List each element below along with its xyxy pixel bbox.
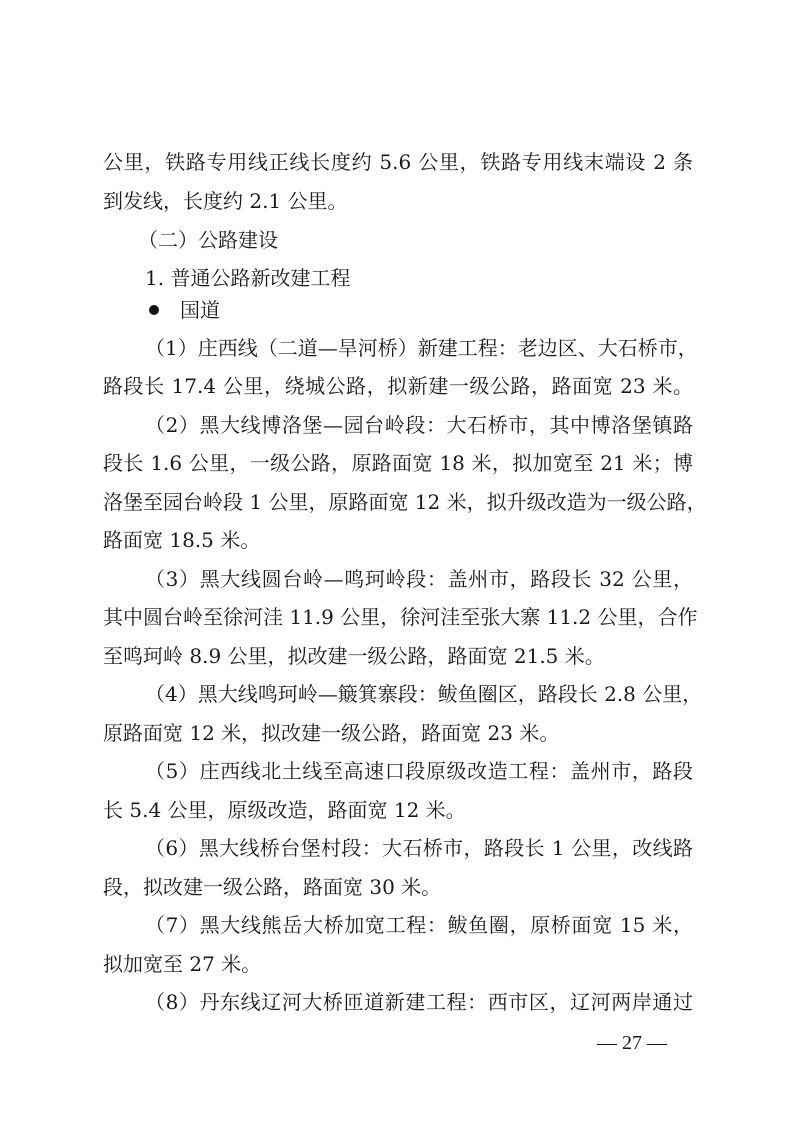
list-item-line: （8）丹东线辽河大桥匝道新建工程：西市区，辽河两岸通过 bbox=[145, 987, 693, 1017]
list-item-line: （1）庄西线（二道—旱河桥）新建工程：老边区、大石桥市， bbox=[145, 333, 693, 363]
list-item-line: 洛堡至园台岭段 1 公里，原路面宽 12 米，拟升级改造为一级公路， bbox=[103, 487, 693, 517]
section-heading: （二）公路建设 bbox=[138, 225, 278, 255]
list-item-line: 路段长 17.4 公里，绕城公路，拟新建一级公路，路面宽 23 米。 bbox=[103, 371, 693, 401]
list-item-line: （4）黑大线鸣珂岭—簸箕寨段：鲅鱼圈区，路段长 2.8 公里， bbox=[145, 679, 693, 709]
list-item-line: 段，拟改建一级公路，路面宽 30 米。 bbox=[103, 872, 693, 902]
bullet-label: 国道 bbox=[180, 295, 220, 325]
list-item-line: 拟加宽至 27 米。 bbox=[103, 949, 693, 979]
list-item-line: （3）黑大线圆台岭—鸣珂岭段：盖州市，路段长 32 公里， bbox=[145, 564, 693, 594]
list-item-line: 其中圆台岭至徐河洼 11.9 公里，徐河洼至张大寨 11.2 公里，合作 bbox=[103, 602, 693, 632]
bullet-icon bbox=[149, 305, 159, 315]
list-item-line: 路面宽 18.5 米。 bbox=[103, 525, 693, 555]
list-item-line: 长 5.4 公里，原级改造，路面宽 12 米。 bbox=[103, 795, 693, 825]
document-page: 公里，铁路专用线正线长度约 5.6 公里，铁路专用线末端设 2 条 到发线，长度… bbox=[0, 0, 793, 1122]
paragraph-line: 公里，铁路专用线正线长度约 5.6 公里，铁路专用线末端设 2 条 bbox=[103, 147, 693, 177]
list-item-line: （5）庄西线北土线至高速口段原级改造工程：盖州市，路段 bbox=[145, 756, 693, 786]
list-item-line: （2）黑大线博洛堡—园台岭段：大石桥市，其中博洛堡镇路 bbox=[145, 410, 693, 440]
page-number: — 27 — bbox=[597, 1028, 667, 1058]
list-item-line: （7）黑大线熊岳大桥加宽工程：鲅鱼圈，原桥面宽 15 米， bbox=[145, 910, 693, 940]
list-item-line: 至鸣珂岭 8.9 公里，拟改建一级公路，路面宽 21.5 米。 bbox=[103, 641, 693, 671]
list-item-line: 原路面宽 12 米，拟改建一级公路，路面宽 23 米。 bbox=[103, 718, 693, 748]
subsection-heading: 1. 普通公路新改建工程 bbox=[145, 263, 350, 293]
list-item-line: 段长 1.6 公里，一级公路，原路面宽 18 米，拟加宽至 21 米；博 bbox=[103, 448, 693, 478]
list-item-line: （6）黑大线桥台堡村段：大石桥市，路段长 1 公里，改线路 bbox=[145, 833, 693, 863]
paragraph-line: 到发线，长度约 2.1 公里。 bbox=[103, 186, 693, 216]
